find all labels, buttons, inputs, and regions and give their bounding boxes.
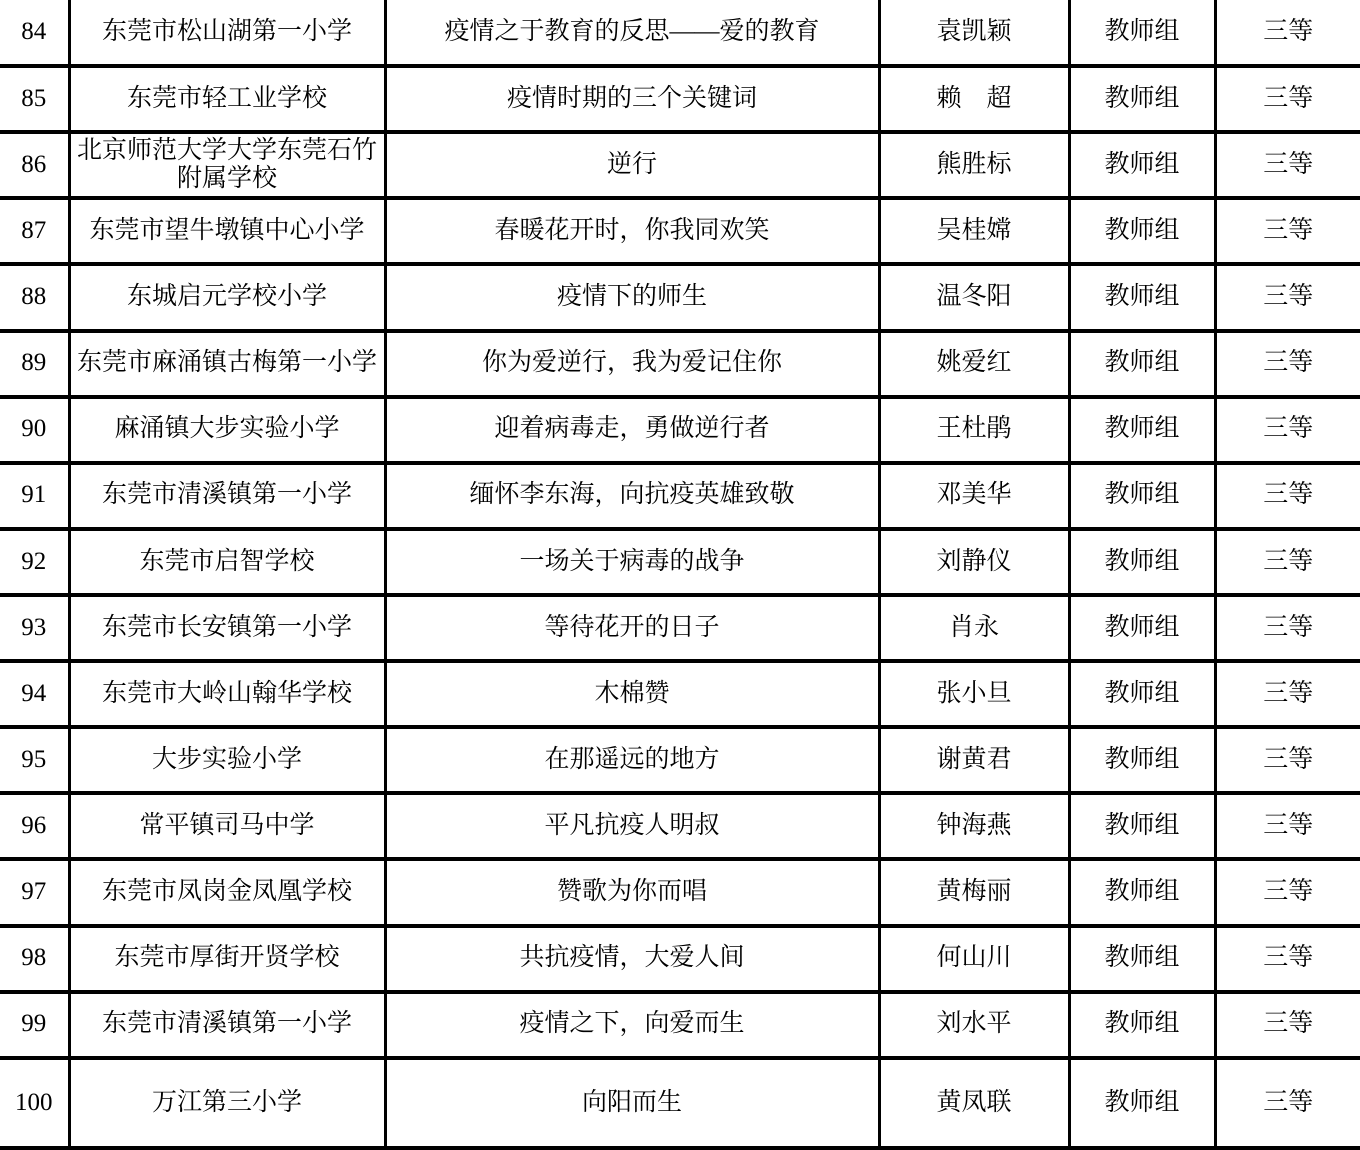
table-row: 84 东莞市松山湖第一小学 疫情之于教育的反思——爱的教育 袁凯颖 教师组 三等 — [0, 0, 1360, 66]
cell-group: 教师组 — [1069, 793, 1215, 859]
table-row: 89 东莞市麻涌镇古梅第一小学 你为爱逆行，我为爱记住你 姚爱红 教师组 三等 — [0, 331, 1360, 397]
table-row: 87 东莞市望牛墩镇中心小学 春暖花开时，你我同欢笑 吴桂嫦 教师组 三等 — [0, 198, 1360, 264]
table-row: 93 东莞市长安镇第一小学 等待花开的日子 肖永 教师组 三等 — [0, 595, 1360, 661]
cell-group: 教师组 — [1069, 727, 1215, 793]
cell-school: 常平镇司马中学 — [69, 793, 385, 859]
cell-author: 刘水平 — [879, 992, 1069, 1058]
cell-school: 大步实验小学 — [69, 727, 385, 793]
cell-group: 教师组 — [1069, 331, 1215, 397]
cell-row-number: 95 — [0, 727, 69, 793]
cell-work-title: 疫情时期的三个关键词 — [385, 66, 879, 132]
cell-author: 何山川 — [879, 926, 1069, 992]
cell-row-number: 100 — [0, 1058, 69, 1148]
cell-row-number: 89 — [0, 331, 69, 397]
cell-author: 吴桂嫦 — [879, 198, 1069, 264]
cell-award: 三等 — [1215, 926, 1360, 992]
cell-school: 万江第三小学 — [69, 1058, 385, 1148]
cell-work-title: 迎着病毒走，勇做逆行者 — [385, 397, 879, 463]
cell-school: 东莞市麻涌镇古梅第一小学 — [69, 331, 385, 397]
cell-award: 三等 — [1215, 793, 1360, 859]
cell-group: 教师组 — [1069, 66, 1215, 132]
cell-group: 教师组 — [1069, 661, 1215, 727]
table-row: 88 东城启元学校小学 疫情下的师生 温冬阳 教师组 三等 — [0, 264, 1360, 330]
document-page: 84 东莞市松山湖第一小学 疫情之于教育的反思——爱的教育 袁凯颖 教师组 三等… — [0, 0, 1360, 1150]
cell-school: 东莞市长安镇第一小学 — [69, 595, 385, 661]
table-row: 91 东莞市清溪镇第一小学 缅怀李东海，向抗疫英雄致敬 邓美华 教师组 三等 — [0, 463, 1360, 529]
cell-row-number: 85 — [0, 66, 69, 132]
cell-award: 三等 — [1215, 992, 1360, 1058]
cell-work-title: 疫情之下，向爱而生 — [385, 992, 879, 1058]
cell-author: 谢黄君 — [879, 727, 1069, 793]
cell-row-number: 99 — [0, 992, 69, 1058]
cell-row-number: 84 — [0, 0, 69, 66]
cell-work-title: 平凡抗疫人明叔 — [385, 793, 879, 859]
cell-author: 肖永 — [879, 595, 1069, 661]
cell-award: 三等 — [1215, 264, 1360, 330]
cell-row-number: 97 — [0, 859, 69, 925]
cell-school: 东城启元学校小学 — [69, 264, 385, 330]
cell-school: 北京师范大学大学东莞石竹附属学校 — [69, 132, 385, 198]
cell-work-title: 缅怀李东海，向抗疫英雄致敬 — [385, 463, 879, 529]
cell-author: 袁凯颖 — [879, 0, 1069, 66]
cell-school: 东莞市启智学校 — [69, 529, 385, 595]
cell-work-title: 等待花开的日子 — [385, 595, 879, 661]
cell-row-number: 92 — [0, 529, 69, 595]
cell-work-title: 疫情下的师生 — [385, 264, 879, 330]
cell-work-title: 赞歌为你而唱 — [385, 859, 879, 925]
cell-author: 王杜鹃 — [879, 397, 1069, 463]
cell-award: 三等 — [1215, 0, 1360, 66]
cell-school: 麻涌镇大步实验小学 — [69, 397, 385, 463]
cell-award: 三等 — [1215, 198, 1360, 264]
table-row: 85 东莞市轻工业学校 疫情时期的三个关键词 赖 超 教师组 三等 — [0, 66, 1360, 132]
cell-group: 教师组 — [1069, 0, 1215, 66]
cell-school: 东莞市清溪镇第一小学 — [69, 992, 385, 1058]
cell-group: 教师组 — [1069, 397, 1215, 463]
cell-row-number: 88 — [0, 264, 69, 330]
cell-award: 三等 — [1215, 859, 1360, 925]
cell-author: 黄凤联 — [879, 1058, 1069, 1148]
cell-group: 教师组 — [1069, 1058, 1215, 1148]
cell-work-title: 共抗疫情，大爱人间 — [385, 926, 879, 992]
cell-row-number: 86 — [0, 132, 69, 198]
cell-group: 教师组 — [1069, 859, 1215, 925]
cell-school: 东莞市凤岗金凤凰学校 — [69, 859, 385, 925]
table-row: 96 常平镇司马中学 平凡抗疫人明叔 钟海燕 教师组 三等 — [0, 793, 1360, 859]
table-row: 90 麻涌镇大步实验小学 迎着病毒走，勇做逆行者 王杜鹃 教师组 三等 — [0, 397, 1360, 463]
cell-award: 三等 — [1215, 1058, 1360, 1148]
cell-author: 邓美华 — [879, 463, 1069, 529]
cell-work-title: 春暖花开时，你我同欢笑 — [385, 198, 879, 264]
cell-school: 东莞市轻工业学校 — [69, 66, 385, 132]
cell-group: 教师组 — [1069, 264, 1215, 330]
table-row: 92 东莞市启智学校 一场关于病毒的战争 刘静仪 教师组 三等 — [0, 529, 1360, 595]
cell-work-title: 向阳而生 — [385, 1058, 879, 1148]
cell-school: 东莞市松山湖第一小学 — [69, 0, 385, 66]
cell-award: 三等 — [1215, 66, 1360, 132]
cell-row-number: 96 — [0, 793, 69, 859]
cell-school: 东莞市大岭山翰华学校 — [69, 661, 385, 727]
cell-author: 姚爱红 — [879, 331, 1069, 397]
cell-group: 教师组 — [1069, 463, 1215, 529]
cell-row-number: 93 — [0, 595, 69, 661]
cell-work-title: 一场关于病毒的战争 — [385, 529, 879, 595]
table-row: 98 东莞市厚街开贤学校 共抗疫情，大爱人间 何山川 教师组 三等 — [0, 926, 1360, 992]
cell-author: 温冬阳 — [879, 264, 1069, 330]
cell-work-title: 疫情之于教育的反思——爱的教育 — [385, 0, 879, 66]
cell-award: 三等 — [1215, 331, 1360, 397]
cell-award: 三等 — [1215, 727, 1360, 793]
cell-group: 教师组 — [1069, 595, 1215, 661]
cell-author: 张小旦 — [879, 661, 1069, 727]
cell-work-title: 木棉赞 — [385, 661, 879, 727]
cell-group: 教师组 — [1069, 926, 1215, 992]
cell-row-number: 91 — [0, 463, 69, 529]
cell-row-number: 90 — [0, 397, 69, 463]
cell-award: 三等 — [1215, 132, 1360, 198]
cell-work-title: 逆行 — [385, 132, 879, 198]
cell-row-number: 94 — [0, 661, 69, 727]
cell-author: 钟海燕 — [879, 793, 1069, 859]
cell-award: 三等 — [1215, 529, 1360, 595]
cell-group: 教师组 — [1069, 198, 1215, 264]
cell-school: 东莞市望牛墩镇中心小学 — [69, 198, 385, 264]
table-row: 86 北京师范大学大学东莞石竹附属学校 逆行 熊胜标 教师组 三等 — [0, 132, 1360, 198]
cell-author: 刘静仪 — [879, 529, 1069, 595]
cell-award: 三等 — [1215, 661, 1360, 727]
table-row: 99 东莞市清溪镇第一小学 疫情之下，向爱而生 刘水平 教师组 三等 — [0, 992, 1360, 1058]
cell-group: 教师组 — [1069, 132, 1215, 198]
awards-table: 84 东莞市松山湖第一小学 疫情之于教育的反思——爱的教育 袁凯颖 教师组 三等… — [0, 0, 1360, 1150]
table-row: 100 万江第三小学 向阳而生 黄凤联 教师组 三等 — [0, 1058, 1360, 1148]
cell-author: 黄梅丽 — [879, 859, 1069, 925]
cell-author: 赖 超 — [879, 66, 1069, 132]
table-row: 94 东莞市大岭山翰华学校 木棉赞 张小旦 教师组 三等 — [0, 661, 1360, 727]
cell-school: 东莞市厚街开贤学校 — [69, 926, 385, 992]
cell-group: 教师组 — [1069, 529, 1215, 595]
cell-author: 熊胜标 — [879, 132, 1069, 198]
cell-award: 三等 — [1215, 595, 1360, 661]
cell-award: 三等 — [1215, 397, 1360, 463]
cell-school: 东莞市清溪镇第一小学 — [69, 463, 385, 529]
cell-row-number: 87 — [0, 198, 69, 264]
cell-award: 三等 — [1215, 463, 1360, 529]
table-row: 95 大步实验小学 在那遥远的地方 谢黄君 教师组 三等 — [0, 727, 1360, 793]
cell-row-number: 98 — [0, 926, 69, 992]
cell-work-title: 你为爱逆行，我为爱记住你 — [385, 331, 879, 397]
table-row: 97 东莞市凤岗金凤凰学校 赞歌为你而唱 黄梅丽 教师组 三等 — [0, 859, 1360, 925]
cell-group: 教师组 — [1069, 992, 1215, 1058]
cell-work-title: 在那遥远的地方 — [385, 727, 879, 793]
